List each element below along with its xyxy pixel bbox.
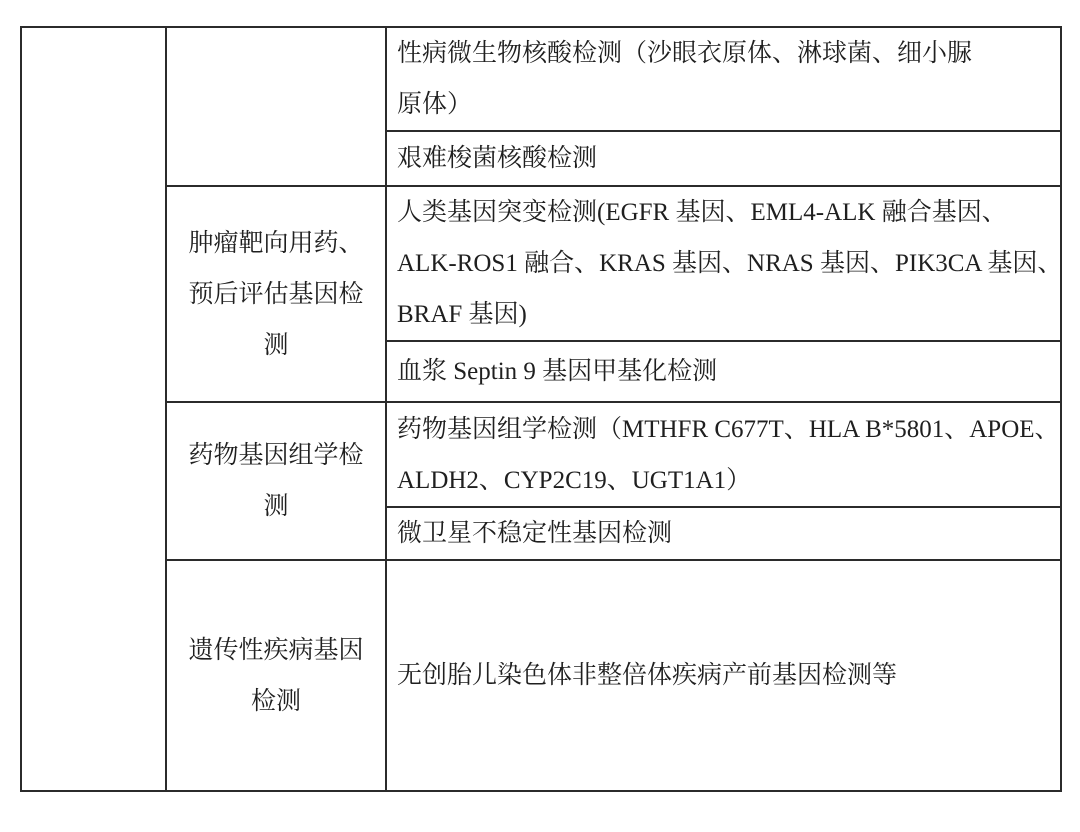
test-item-nipt: 无创胎儿染色体非整倍体疾病产前基因检测等 bbox=[386, 560, 1061, 791]
test-item-human-gene-mutation: 人类基因突变检测(EGFR 基因、EML4-ALK 融合基因、 ALK-ROS1… bbox=[386, 186, 1061, 341]
category-cell-pharmacogenomics: 药物基因组学检 测 bbox=[166, 402, 386, 560]
table-row: 遗传性疾病基因 检测 无创胎儿染色体非整倍体疾病产前基因检测等 bbox=[21, 560, 1061, 791]
category-cell-hereditary-disease: 遗传性疾病基因 检测 bbox=[166, 560, 386, 791]
left-spanning-cell bbox=[21, 27, 166, 791]
test-item-cdiff-nat: 艰难梭菌核酸检测 bbox=[386, 131, 1061, 186]
category-cell-empty bbox=[166, 27, 386, 186]
test-item-msi: 微卫星不稳定性基因检测 bbox=[386, 507, 1061, 560]
table-row: 肿瘤靶向用药、 预后评估基因检 测 人类基因突变检测(EGFR 基因、EML4-… bbox=[21, 186, 1061, 341]
test-item-pharmacogenomics-panel: 药物基因组学检测（MTHFR C677T、HLA B*5801、APOE、 AL… bbox=[386, 402, 1061, 507]
gene-test-table: 性病微生物核酸检测（沙眼衣原体、淋球菌、细小脲 原体） 艰难梭菌核酸检测 肿瘤靶… bbox=[20, 26, 1062, 792]
test-item-std-microbe-nat: 性病微生物核酸检测（沙眼衣原体、淋球菌、细小脲 原体） bbox=[386, 27, 1061, 131]
table-row: 性病微生物核酸检测（沙眼衣原体、淋球菌、细小脲 原体） bbox=[21, 27, 1061, 131]
test-item-septin9-methylation: 血浆 Septin 9 基因甲基化检测 bbox=[386, 341, 1061, 402]
table-row: 药物基因组学检 测 药物基因组学检测（MTHFR C677T、HLA B*580… bbox=[21, 402, 1061, 507]
category-cell-tumor-targeted: 肿瘤靶向用药、 预后评估基因检 测 bbox=[166, 186, 386, 402]
